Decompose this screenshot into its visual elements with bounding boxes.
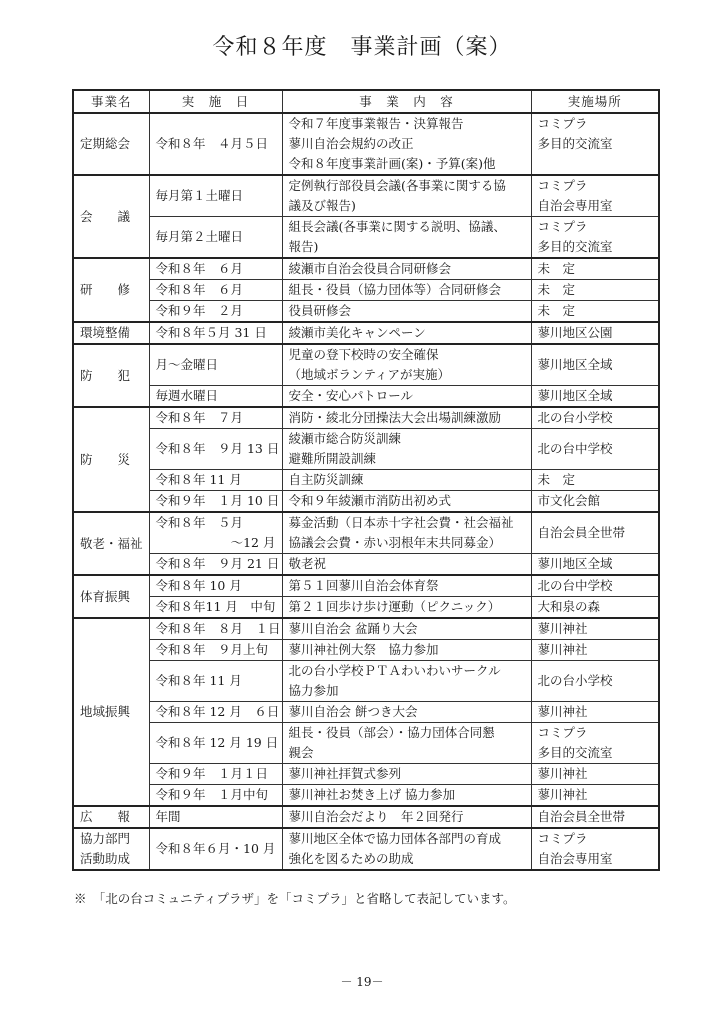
page-number: － 19－: [0, 973, 724, 990]
place-cell: 北の台小学校: [531, 661, 659, 702]
place-line: コミプラ: [538, 176, 653, 196]
place-cell: 北の台中学校: [531, 429, 659, 470]
date-cell: 令和８年 ９月 21 日: [149, 554, 282, 576]
content-cell: 敬老祝: [282, 554, 531, 576]
date-cell: 令和８年 ５月 ～12 月: [149, 512, 282, 554]
place-cell: コミプラ 多目的交流室: [531, 217, 659, 259]
table-row: 敬老・福祉 令和８年 ５月 ～12 月 募金活動（日本赤十字社会費・社会福祉 協…: [73, 512, 659, 554]
content-cell: 消防・綾北分団操法大会出場訓練激励: [282, 407, 531, 429]
date-cell: 令和８年 12 月 ６日: [149, 702, 282, 723]
date-cell: 令和８年 12 月 19 日: [149, 723, 282, 764]
content-line: 蓼川自治会規約の改正: [289, 134, 525, 154]
category-cell: 定期総会: [73, 113, 149, 175]
content-cell: 組長会議(各事業に関する説明、協議、 報告): [282, 217, 531, 259]
table-row: 会 議 毎月第１土曜日 定例執行部役員会議(各事業に関する協 議及び報告) コミ…: [73, 175, 659, 217]
date-cell: 令和８年５月 31 日: [149, 322, 282, 344]
category-cell: 防 犯: [73, 344, 149, 407]
table-row: 協力部門 活動助成 令和８年６月・10 月 蓼川地区全体で協力団体各部門の育成 …: [73, 828, 659, 870]
content-cell: 蓼川神社例大祭 協力参加: [282, 640, 531, 661]
content-line: 蓼川地区全体で協力団体各部門の育成: [289, 829, 525, 849]
page-title: 令和８年度 事業計画（案）: [0, 30, 724, 61]
place-line: 自治会専用室: [538, 849, 653, 869]
content-cell: 組長・役員（部会）・協力団体合同懇 親会: [282, 723, 531, 764]
table-row: 令和８年11 月 中旬 第２１回歩け歩け運動（ピクニック） 大和泉の森: [73, 597, 659, 619]
place-cell: 自治会員全世帯: [531, 512, 659, 554]
table-row: 令和８年 ９月 21 日 敬老祝 蓼川地区全域: [73, 554, 659, 576]
content-line: 協議会会費・赤い羽根年末共同募金）: [289, 533, 525, 553]
place-cell: 未 定: [531, 301, 659, 323]
place-cell: 未 定: [531, 280, 659, 301]
content-cell: 綾瀬市美化キャンペーン: [282, 322, 531, 344]
content-line: 令和７年度事業報告・決算報告: [289, 114, 525, 134]
content-line: 募金活動（日本赤十字社会費・社会福祉: [289, 513, 525, 533]
content-cell: 綾瀬市総合防災訓練 避難所開設訓練: [282, 429, 531, 470]
date-cell: 令和８年 10 月: [149, 575, 282, 597]
content-cell: 自主防災訓練: [282, 470, 531, 491]
place-cell: 北の台小学校: [531, 407, 659, 429]
date-cell: 令和８年 ４月５日: [149, 113, 282, 175]
place-line: コミプラ: [538, 829, 653, 849]
content-line: 綾瀬市総合防災訓練: [289, 429, 525, 449]
content-cell: 綾瀬市自治会役員合同研修会: [282, 258, 531, 280]
place-cell: 自治会員全世帯: [531, 806, 659, 828]
content-cell: 令和７年度事業報告・決算報告 蓼川自治会規約の改正 令和８年度事業計画(案)・予…: [282, 113, 531, 175]
place-cell: 蓼川神社: [531, 785, 659, 807]
place-cell: コミプラ 自治会専用室: [531, 175, 659, 217]
place-cell: 蓼川神社: [531, 618, 659, 640]
table-row: 令和８年 12 月 ６日 蓼川自治会 餅つき大会 蓼川神社: [73, 702, 659, 723]
table-row: 令和８年 11 月 自主防災訓練 未 定: [73, 470, 659, 491]
date-cell: 令和９年 １月 10 日: [149, 491, 282, 513]
table-row: 定期総会 令和８年 ４月５日 令和７年度事業報告・決算報告 蓼川自治会規約の改正…: [73, 113, 659, 175]
table-row: 防 犯 月～金曜日 児童の登下校時の安全確保 （地域ボランティアが実施） 蓼川地…: [73, 344, 659, 386]
date-line: ～12 月: [156, 533, 276, 553]
category-cell: 防 災: [73, 407, 149, 512]
content-line: 北の台小学校ＰＴＡわいわいサークル: [289, 661, 525, 681]
content-cell: 児童の登下校時の安全確保 （地域ボランティアが実施）: [282, 344, 531, 386]
place-cell: 市文化会館: [531, 491, 659, 513]
content-line: 児童の登下校時の安全確保: [289, 345, 525, 365]
table-row: 令和９年 １月中旬 蓼川神社お焚き上げ 協力参加 蓼川神社: [73, 785, 659, 807]
place-cell: 蓼川地区全域: [531, 344, 659, 386]
date-cell: 月～金曜日: [149, 344, 282, 386]
table-row: 令和９年 １月 10 日 令和９年綾瀬市消防出初め式 市文化会館: [73, 491, 659, 513]
date-cell: 令和８年 ８月 １日: [149, 618, 282, 640]
date-cell: 令和９年 １月１日: [149, 764, 282, 785]
date-cell: 令和８年 ６月: [149, 280, 282, 301]
business-plan-table: 事業名 実 施 日 事 業 内 容 実施場所 定期総会 令和８年 ４月５日 令和…: [72, 89, 660, 871]
date-cell: 令和８年 ９月 13 日: [149, 429, 282, 470]
content-line: 定例執行部役員会議(各事業に関する協: [289, 176, 525, 196]
content-cell: 組長・役員（協力団体等）合同研修会: [282, 280, 531, 301]
table-row: 研 修 令和８年 ６月 綾瀬市自治会役員合同研修会 未 定: [73, 258, 659, 280]
date-cell: 令和８年 ９月上旬: [149, 640, 282, 661]
category-cell: 協力部門 活動助成: [73, 828, 149, 870]
content-cell: 令和９年綾瀬市消防出初め式: [282, 491, 531, 513]
table-row: 令和８年 ９月 13 日 綾瀬市総合防災訓練 避難所開設訓練 北の台中学校: [73, 429, 659, 470]
place-cell: 蓼川地区全域: [531, 386, 659, 408]
content-line: 議及び報告): [289, 196, 525, 216]
place-cell: コミプラ 多目的交流室: [531, 113, 659, 175]
date-cell: 令和８年 11 月: [149, 661, 282, 702]
table-row: 毎週水曜日 安全・安心パトロール 蓼川地区全域: [73, 386, 659, 408]
content-cell: 募金活動（日本赤十字社会費・社会福祉 協議会会費・赤い羽根年末共同募金）: [282, 512, 531, 554]
content-cell: 蓼川自治会だより 年２回発行: [282, 806, 531, 828]
content-cell: 蓼川地区全体で協力団体各部門の育成 強化を図るための助成: [282, 828, 531, 870]
content-cell: 蓼川神社お焚き上げ 協力参加: [282, 785, 531, 807]
table-row: 令和８年 ９月上旬 蓼川神社例大祭 協力参加 蓼川神社: [73, 640, 659, 661]
date-cell: 令和８年 11 月: [149, 470, 282, 491]
category-line: 協力部門: [80, 829, 143, 849]
place-cell: 大和泉の森: [531, 597, 659, 619]
table-row: 防 災 令和８年 ７月 消防・綾北分団操法大会出場訓練激励 北の台小学校: [73, 407, 659, 429]
table-row: 地域振興 令和８年 ８月 １日 蓼川自治会 盆踊り大会 蓼川神社: [73, 618, 659, 640]
content-line: 親会: [289, 743, 525, 763]
content-cell: 第２１回歩け歩け運動（ピクニック）: [282, 597, 531, 619]
date-cell: 令和９年 ２月: [149, 301, 282, 323]
place-cell: 蓼川地区公園: [531, 322, 659, 344]
place-line: 多目的交流室: [538, 743, 653, 763]
date-cell: 令和８年11 月 中旬: [149, 597, 282, 619]
place-cell: 蓼川神社: [531, 640, 659, 661]
content-cell: 定例執行部役員会議(各事業に関する協 議及び報告): [282, 175, 531, 217]
place-line: コミプラ: [538, 723, 653, 743]
date-cell: 令和８年 ７月: [149, 407, 282, 429]
place-line: 多目的交流室: [538, 237, 653, 257]
content-cell: 第５１回蓼川自治会体育祭: [282, 575, 531, 597]
date-cell: 令和９年 １月中旬: [149, 785, 282, 807]
content-cell: 北の台小学校ＰＴＡわいわいサークル 協力参加: [282, 661, 531, 702]
table-row: 広 報 年間 蓼川自治会だより 年２回発行 自治会員全世帯: [73, 806, 659, 828]
table-row: 令和８年 11 月 北の台小学校ＰＴＡわいわいサークル 協力参加 北の台小学校: [73, 661, 659, 702]
content-cell: 安全・安心パトロール: [282, 386, 531, 408]
category-cell: 体育振興: [73, 575, 149, 618]
date-cell: 毎月第１土曜日: [149, 175, 282, 217]
place-cell: 北の台中学校: [531, 575, 659, 597]
date-cell: 毎週水曜日: [149, 386, 282, 408]
table-row: 令和８年 12 月 19 日 組長・役員（部会）・協力団体合同懇 親会 コミプラ…: [73, 723, 659, 764]
table-row: 環境整備 令和８年５月 31 日 綾瀬市美化キャンペーン 蓼川地区公園: [73, 322, 659, 344]
table-header-row: 事業名 実 施 日 事 業 内 容 実施場所: [73, 90, 659, 113]
place-cell: コミプラ 多目的交流室: [531, 723, 659, 764]
table-row: 毎月第２土曜日 組長会議(各事業に関する説明、協議、 報告) コミプラ 多目的交…: [73, 217, 659, 259]
content-line: 令和８年度事業計画(案)・予算(案)他: [289, 154, 525, 174]
category-cell: 会 議: [73, 175, 149, 258]
category-cell: 環境整備: [73, 322, 149, 344]
date-cell: 年間: [149, 806, 282, 828]
place-cell: 蓼川神社: [531, 764, 659, 785]
content-line: 避難所開設訓練: [289, 449, 525, 469]
header-business-name: 事業名: [73, 90, 149, 113]
category-cell: 広 報: [73, 806, 149, 828]
content-line: 組長・役員（部会）・協力団体合同懇: [289, 723, 525, 743]
category-cell: 研 修: [73, 258, 149, 322]
content-line: 協力参加: [289, 681, 525, 701]
header-content: 事 業 内 容: [282, 90, 531, 113]
place-line: 自治会専用室: [538, 196, 653, 216]
category-cell: 敬老・福祉: [73, 512, 149, 575]
place-cell: 蓼川神社: [531, 702, 659, 723]
place-cell: 未 定: [531, 470, 659, 491]
content-cell: 蓼川自治会 餅つき大会: [282, 702, 531, 723]
place-line: コミプラ: [538, 114, 653, 134]
place-line: コミプラ: [538, 217, 653, 237]
content-cell: 蓼川自治会 盆踊り大会: [282, 618, 531, 640]
date-cell: 毎月第２土曜日: [149, 217, 282, 259]
place-cell: 蓼川地区全域: [531, 554, 659, 576]
place-cell: 未 定: [531, 258, 659, 280]
content-cell: 蓼川神社拝賀式参列: [282, 764, 531, 785]
content-cell: 役員研修会: [282, 301, 531, 323]
table-row: 体育振興 令和８年 10 月 第５１回蓼川自治会体育祭 北の台中学校: [73, 575, 659, 597]
content-line: 報告): [289, 237, 525, 257]
table-row: 令和８年 ６月 組長・役員（協力団体等）合同研修会 未 定: [73, 280, 659, 301]
table-row: 令和９年 ２月 役員研修会 未 定: [73, 301, 659, 323]
date-cell: 令和８年 ６月: [149, 258, 282, 280]
content-line: （地域ボランティアが実施）: [289, 365, 525, 385]
footnote: ※ 「北の台コミュニティプラザ」を「コミプラ」と省略して表記しています。: [74, 889, 516, 907]
header-place: 実施場所: [531, 90, 659, 113]
date-cell: 令和８年６月・10 月: [149, 828, 282, 870]
table-row: 令和９年 １月１日 蓼川神社拝賀式参列 蓼川神社: [73, 764, 659, 785]
category-line: 活動助成: [80, 849, 143, 869]
content-line: 強化を図るための助成: [289, 849, 525, 869]
date-line: 令和８年 ５月: [156, 513, 276, 533]
place-line: 多目的交流室: [538, 134, 653, 154]
category-cell: 地域振興: [73, 618, 149, 806]
content-line: 組長会議(各事業に関する説明、協議、: [289, 217, 525, 237]
header-date: 実 施 日: [149, 90, 282, 113]
place-cell: コミプラ 自治会専用室: [531, 828, 659, 870]
